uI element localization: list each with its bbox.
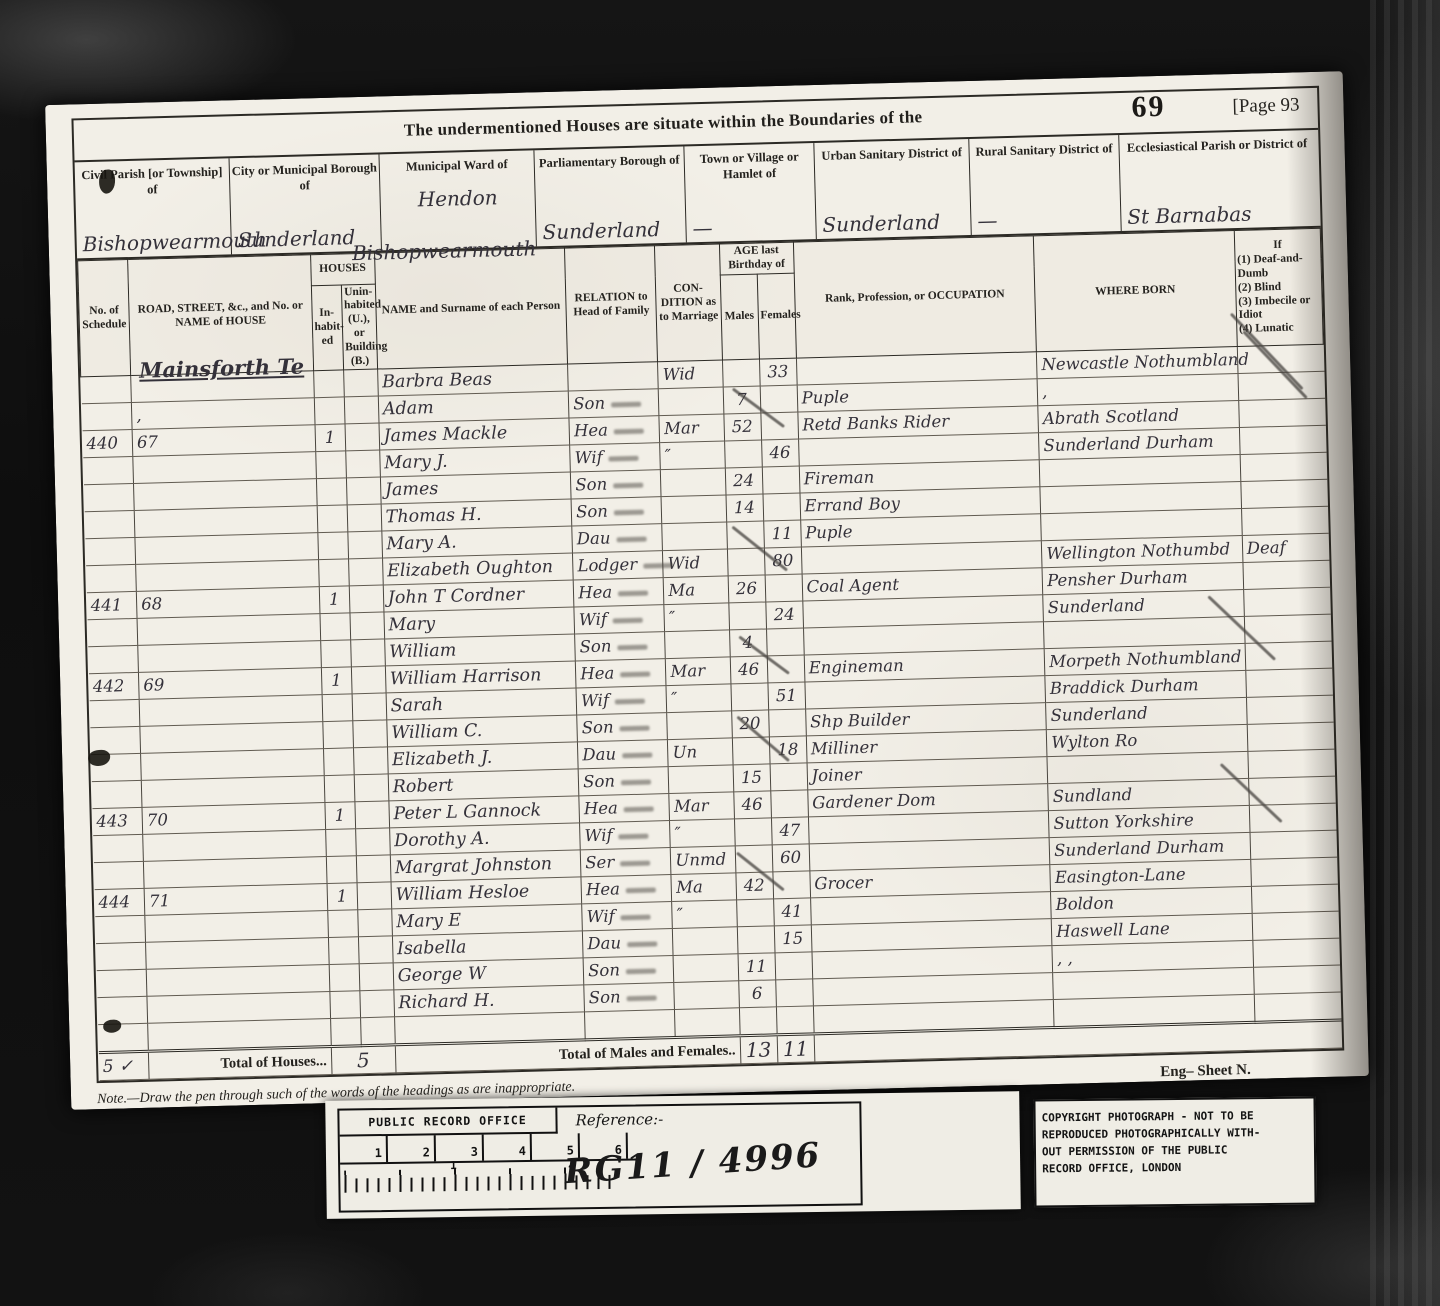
cell-relation: Hea	[573, 578, 664, 607]
cell-uninhabited	[345, 423, 380, 451]
handwritten-relation: Son	[583, 772, 615, 792]
handwritten-relation: Son	[579, 637, 611, 657]
handwritten-name: Elizabeth Oughton	[387, 557, 553, 581]
handwritten-condition: ″	[669, 608, 676, 627]
handwritten-relation: Son	[581, 718, 613, 738]
handwritten-born: Sundland	[1052, 785, 1132, 806]
handwritten-road: 71	[149, 892, 170, 912]
geo-value-handwritten: Hendon	[380, 184, 535, 212]
cell-relation: Hea	[569, 416, 660, 445]
handwritten-relation: Wif	[584, 826, 613, 846]
cell-uninhabited	[359, 963, 394, 991]
cell-inhabited	[316, 478, 347, 506]
cell-uninhabited	[350, 639, 385, 667]
page-number: [Page 93	[1232, 94, 1300, 118]
handwritten-condition: Mar	[664, 419, 699, 439]
handwritten-male: 14	[734, 498, 755, 518]
geo-col-6: Rural Sanitary District of—	[969, 135, 1121, 235]
handwritten-name: William C.	[391, 721, 482, 743]
handwritten-born: Pensher Durham	[1047, 568, 1188, 591]
cell-male	[722, 359, 760, 387]
cell-male	[735, 845, 773, 873]
handwritten-born: Sunderland Durham	[1054, 837, 1225, 860]
ink-smudge	[627, 996, 657, 1002]
cell-remarks	[1240, 453, 1327, 482]
cell-inhabited	[318, 559, 349, 587]
cell-remarks	[1247, 723, 1334, 752]
handwritten-born: Newcastle Nothumbland	[1041, 350, 1249, 374]
handwritten-relation: Wif	[579, 610, 608, 630]
total-houses-label: Total of Houses...	[148, 1047, 331, 1080]
handwritten-road: 67	[137, 433, 158, 453]
handwritten-schedule: 444	[98, 893, 130, 913]
handwritten-relation: Wif	[581, 691, 610, 711]
cell-uninhabited	[349, 585, 384, 613]
handwritten-road: 68	[141, 595, 162, 615]
cell-male	[737, 926, 775, 954]
handwritten-relation: Wif	[574, 448, 603, 468]
cell-male: 46	[733, 791, 771, 819]
geo-label: Rural Sanitary District of	[969, 135, 1119, 161]
infirmity-header-line: (1) Deaf-and-Dumb	[1237, 252, 1319, 282]
ink-smudge	[615, 699, 645, 705]
geo-label: Urban Sanitary District of	[814, 139, 969, 165]
geo-col-3: Parliamentary Borough ofSunderland	[534, 146, 686, 246]
handwritten-name: Margrat Johnston	[395, 855, 553, 879]
handwritten-occupation: Puple	[801, 388, 849, 408]
geo-label: Town or Village or Hamlet of	[684, 143, 814, 184]
handwritten-occupation: Grocer	[814, 873, 872, 894]
cell-female	[768, 709, 806, 737]
cell-relation: Son	[571, 470, 662, 499]
cell-condition	[675, 1008, 740, 1038]
ink-smudge	[620, 726, 650, 732]
handwritten-female: 15	[782, 929, 803, 949]
handwritten-relation: Hea	[586, 880, 620, 900]
geo-col-2: Municipal Ward ofHendonBishopwearmouth	[379, 150, 536, 250]
cell-relation: Hea	[575, 659, 666, 688]
handwritten-born: Abrath Scotland	[1043, 406, 1180, 429]
geo-col-1: City or Municipal Borough ofSunderland	[230, 154, 382, 254]
geo-value-handwritten: Sunderland	[822, 210, 940, 237]
cell-female	[762, 466, 800, 494]
cell-uninhabited	[345, 450, 380, 478]
cell-remarks	[1238, 372, 1325, 401]
handwritten-relation: Hea	[584, 799, 618, 819]
cell-female	[763, 493, 801, 521]
handwritten-name: Robert	[392, 776, 453, 798]
handwritten-relation: Ser	[585, 853, 614, 873]
cell-uninhabited	[350, 612, 385, 640]
handwritten-name: James	[385, 479, 439, 500]
handwritten-relation: Hea	[574, 421, 608, 441]
folio-number: 69	[1131, 90, 1166, 125]
geo-col-0: Civil Parish [or Township] ofBishopwearm…	[75, 158, 232, 258]
handwritten-female: 24	[774, 605, 795, 625]
cell-inhabited	[328, 937, 359, 965]
ink-smudge	[621, 915, 651, 921]
cell-male	[736, 899, 774, 927]
cell-relation: Wif	[580, 821, 671, 850]
cell-female: 24	[765, 601, 803, 629]
handwritten-road: ,	[136, 406, 142, 425]
cell-remarks	[1241, 507, 1328, 536]
handwritten-male: 15	[741, 768, 762, 788]
cell-female: 41	[773, 898, 811, 926]
cell-female	[770, 763, 808, 791]
handwritten-name: William Harrison	[390, 666, 542, 690]
handwritten-born: Wellington Nothumbd	[1046, 540, 1230, 564]
cell-relation: Dau	[572, 524, 663, 553]
handwritten-inhabited: 1	[336, 887, 347, 906]
handwritten-inhabited: 1	[331, 671, 342, 690]
cell-schedule	[84, 484, 135, 512]
cell-male	[724, 440, 762, 468]
cell-male: 7	[723, 386, 761, 414]
scale-cell: 3	[436, 1135, 484, 1162]
ink-smudge	[619, 834, 649, 840]
cell-female: 11	[763, 520, 801, 548]
handwritten-inhabited: 1	[329, 590, 340, 609]
cell-inhabited	[323, 748, 354, 776]
handwritten-condition: ″	[665, 446, 672, 465]
handwritten-occupation: Gardener Dom	[812, 790, 936, 812]
cell-remarks	[1250, 857, 1337, 886]
cell-female	[765, 574, 803, 602]
handwritten-road: 69	[143, 676, 164, 696]
cell-uninhabited	[352, 720, 387, 748]
cell-condition: Wid	[658, 360, 723, 389]
cell-condition: ″	[664, 603, 729, 632]
census-table: No. of Schedule ROAD, STREET, &c., and N…	[77, 228, 1342, 1082]
cell-relation: Hea	[581, 875, 672, 904]
cell-uninhabited	[358, 936, 393, 964]
cell-condition: Mar	[669, 792, 734, 821]
cell-uninhabited	[360, 1017, 395, 1046]
handwritten-relation: Hea	[580, 664, 614, 684]
cell-female: 46	[761, 439, 799, 467]
cell-inhabited	[325, 829, 356, 857]
cell-uninhabited	[348, 558, 383, 586]
handwritten-born: Sutton Yorkshire	[1053, 811, 1194, 834]
handwritten-name: William Hesloe	[395, 882, 529, 905]
cell-relation: Wif	[574, 605, 665, 634]
col-males: Males	[720, 274, 759, 361]
handwritten-remarks: Deaf	[1247, 538, 1286, 558]
cell-condition	[674, 981, 739, 1010]
cell-uninhabited	[347, 531, 382, 559]
cell-male: 46	[730, 656, 768, 684]
handwritten-male: 11	[746, 957, 767, 977]
cell-relation: Son	[583, 956, 674, 985]
cell-male: 26	[728, 575, 766, 603]
cell-inhabited: 1	[324, 802, 355, 830]
handwritten-name: Sarah	[390, 695, 443, 716]
geo-label: Civil Parish [or Township] of	[75, 158, 230, 199]
cell-remarks	[1239, 426, 1326, 455]
handwritten-born: Sunderland Durham	[1043, 432, 1214, 455]
copyright-text: COPYRIGHT PHOTOGRAPH - NOT TO BEREPRODUC…	[1035, 1099, 1314, 1186]
geo-label: Ecclesiastical Parish or District of	[1119, 130, 1314, 157]
cell-female	[760, 385, 798, 413]
ink-smudge	[627, 942, 657, 948]
col-name: NAME and Surname of each Person	[374, 248, 567, 369]
handwritten-born: Easington-Lane	[1055, 865, 1186, 887]
total-houses-value: 5	[331, 1045, 396, 1075]
cell-relation: Wif	[576, 686, 667, 715]
handwritten-relation: Son	[576, 502, 608, 522]
cell-schedule	[88, 646, 139, 674]
cell-schedule	[96, 943, 147, 971]
cell-condition: ″	[666, 684, 731, 713]
cell-inhabited	[326, 856, 357, 884]
handwritten-male: 46	[741, 795, 762, 815]
handwritten-female: 11	[771, 524, 792, 544]
cell-remarks	[1253, 965, 1340, 994]
cell-condition	[661, 495, 726, 524]
cell-female	[766, 628, 804, 656]
cell-condition	[668, 765, 733, 794]
ink-smudge	[620, 672, 650, 678]
geo-value-handwritten: Sunderland	[237, 225, 355, 252]
cell-schedule	[86, 565, 137, 593]
handwritten-born: Wylton Ro	[1051, 731, 1137, 752]
cell-male: 6	[738, 980, 776, 1008]
cell-female: 60	[772, 844, 810, 872]
cell-male: 15	[733, 764, 771, 792]
cell-condition	[659, 387, 724, 416]
cell-schedule	[91, 781, 142, 809]
cell-uninhabited	[356, 855, 391, 883]
cell-male	[727, 548, 765, 576]
col-females: Females	[757, 273, 796, 360]
cell-inhabited: 1	[327, 883, 358, 911]
handwritten-male: 6	[752, 984, 763, 1003]
cell-relation: Son	[571, 497, 662, 526]
handwritten-relation: Dau	[577, 529, 611, 549]
handwritten-schedule: 442	[93, 677, 125, 697]
cell-condition: Mar	[659, 414, 724, 443]
cell-remarks	[1253, 938, 1340, 967]
cell-male: 20	[731, 710, 769, 738]
cell-female	[770, 790, 808, 818]
pro-office-label: PUBLIC RECORD OFFICE	[339, 1108, 557, 1137]
cell-condition	[661, 468, 726, 497]
cell-female	[775, 979, 813, 1007]
geo-label: Municipal Ward of	[379, 150, 534, 176]
cell-remarks	[1250, 830, 1337, 859]
handwritten-name: Mary A.	[386, 533, 457, 555]
cell-female: 80	[764, 547, 802, 575]
handwritten-female: 51	[776, 686, 797, 706]
cell-condition: ″	[660, 441, 725, 470]
cell-inhabited	[322, 694, 353, 722]
total-females-value: 11	[777, 1034, 815, 1063]
handwritten-condition: Unmd	[675, 850, 726, 870]
col-inhabited: In-habit-ed	[311, 285, 343, 372]
handwritten-male: 52	[732, 417, 753, 437]
cell-remarks	[1238, 399, 1325, 428]
handwritten-born: Morpeth Nothumbland	[1049, 647, 1242, 671]
col-occupation: Rank, Profession, or OCCUPATION	[793, 236, 1037, 359]
cell-remarks	[1244, 615, 1331, 644]
handwritten-relation: Dau	[587, 934, 621, 954]
handwritten-condition: Mar	[674, 796, 709, 816]
cell-inhabited	[329, 991, 360, 1019]
handwritten-condition: Wid	[662, 365, 695, 385]
cell-relation: Wif	[582, 902, 673, 931]
ink-smudge	[626, 888, 656, 894]
geo-value-handwritten: St Barnabas	[1127, 202, 1252, 229]
cell-uninhabited	[351, 666, 386, 694]
geo-value-handwritten: —	[977, 208, 998, 233]
cell-remarks	[1246, 696, 1333, 725]
handwritten-born: , ,	[1057, 949, 1073, 968]
handwritten-occupation: Puple	[805, 523, 853, 543]
cell-schedule	[93, 862, 144, 890]
cell-inhabited	[317, 532, 348, 560]
cell-female: 47	[771, 817, 809, 845]
handwritten-relation: Hea	[578, 583, 612, 603]
cell-condition	[673, 954, 738, 983]
handwritten-name: Mary E	[396, 911, 461, 933]
cell-relation: Ser	[580, 848, 671, 877]
handwritten-female: 18	[777, 740, 798, 760]
cell-schedule: 443	[92, 808, 143, 836]
ink-smudge	[611, 402, 641, 408]
infirmity-header-line: (3) Imbecile or Idiot	[1238, 293, 1320, 323]
handwritten-condition: Un	[672, 743, 697, 763]
handwritten-inhabited: 1	[324, 428, 335, 447]
sheet-label: Eng– Sheet N.	[1160, 1062, 1251, 1081]
handwritten-name: Elizabeth J.	[392, 748, 493, 771]
handwritten-name: George W	[397, 964, 486, 986]
handwritten-name: Mary J.	[384, 452, 448, 474]
handwritten-name: Isabella	[397, 938, 467, 960]
scale-cell: 4	[484, 1134, 532, 1161]
ink-smudge	[643, 563, 673, 569]
col-relation: RELATION to Head of Family	[565, 246, 658, 365]
handwritten-female: 33	[767, 362, 788, 382]
geo-label: City or Municipal Borough of	[230, 154, 380, 195]
cell-relation: Son	[584, 983, 675, 1012]
census-form: The undermentioned Houses are situate wi…	[71, 86, 1344, 1084]
cell-male	[739, 1007, 777, 1036]
col-age-group: AGE last Birthday of	[719, 242, 794, 275]
geo-value-handwritten: Bishopwearmouth	[352, 236, 537, 265]
cell-inhabited	[313, 370, 344, 398]
handwritten-relation: Lodger	[577, 555, 637, 576]
cell-male	[730, 683, 768, 711]
cell-condition: ″	[672, 900, 737, 929]
cell-uninhabited	[346, 477, 381, 505]
handwritten-relation: Son	[573, 394, 605, 414]
cell-uninhabited	[355, 828, 390, 856]
ink-smudge	[626, 969, 656, 975]
cell-schedule: 441	[86, 592, 137, 620]
handwritten-name: Mary	[388, 615, 435, 636]
ink-smudge	[618, 591, 648, 597]
handwritten-name: Dorothy A.	[394, 829, 490, 851]
page-title: The undermentioned Houses are situate wi…	[404, 107, 923, 141]
cell-relation: Hea	[579, 794, 670, 823]
cell-condition: Un	[668, 738, 733, 767]
cell-remarks	[1248, 750, 1335, 779]
handwritten-born: Braddick Durham	[1050, 676, 1199, 699]
cell-relation: Dau	[583, 929, 674, 958]
cell-remarks	[1245, 669, 1332, 698]
col-road: ROAD, STREET, &c., and No. or NAME of HO…	[128, 255, 313, 376]
cell-female	[776, 1006, 814, 1035]
cell-inhabited	[327, 910, 358, 938]
handwritten-born: Boldon	[1055, 894, 1114, 915]
cell-condition: Ma	[664, 576, 729, 605]
cell-remarks: Deaf	[1242, 534, 1329, 563]
handwritten-condition: ″	[671, 689, 678, 708]
handwritten-condition: ″	[677, 905, 684, 924]
col-condition: CON-DITION as to Marriage	[655, 244, 722, 362]
cell-female: 51	[768, 682, 806, 710]
ink-smudge	[614, 429, 644, 435]
handwritten-occupation: Engineman	[808, 656, 903, 677]
cell-schedule	[81, 376, 132, 404]
handwritten-condition: Mar	[670, 661, 705, 681]
geo-col-5: Urban Sanitary District ofSunderland	[814, 139, 971, 239]
handwritten-born: ,	[1042, 382, 1048, 401]
reference-label: Reference:-	[575, 1110, 663, 1129]
scale-cell: 2	[388, 1135, 436, 1162]
cell-condition	[665, 630, 730, 659]
cell-schedule	[81, 403, 132, 431]
handwritten-name: Thomas H.	[385, 505, 481, 528]
handwritten-male: 46	[738, 660, 759, 680]
cell-uninhabited	[344, 396, 379, 424]
col-schedule: No. of Schedule	[78, 260, 131, 378]
cell-male	[728, 602, 766, 630]
handwritten-name: John T Cordner	[388, 585, 525, 609]
handwritten-schedule: 441	[90, 596, 122, 616]
cell-inhabited	[317, 505, 348, 533]
cell-relation	[568, 362, 659, 391]
cell-male: 14	[726, 494, 764, 522]
handwritten-male: 42	[744, 876, 765, 896]
cell-male: 52	[723, 413, 761, 441]
table-body: Barbra BeasWid33Newcastle Nothumbland,Ad…	[81, 345, 1341, 1053]
handwritten-condition: Ma	[668, 581, 695, 601]
handwritten-name: William	[389, 641, 457, 663]
cell-uninhabited	[354, 774, 389, 802]
handwritten-relation: Son	[575, 475, 607, 495]
copyright-card: COPYRIGHT PHOTOGRAPH - NOT TO BEREPRODUC…	[1033, 1097, 1316, 1208]
handwritten-born: Sunderland	[1048, 596, 1146, 618]
cell-schedule: 442	[88, 673, 139, 701]
cell-condition: Mar	[666, 657, 731, 686]
scanned-census-photograph: The undermentioned Houses are situate wi…	[0, 0, 1440, 1306]
handwritten-relation: Dau	[582, 745, 616, 765]
cell-schedule	[96, 970, 147, 998]
total-males-value: 13	[740, 1035, 778, 1064]
cell-schedule: 440	[82, 430, 133, 458]
cell-inhabited	[330, 1018, 361, 1047]
geo-col-4: Town or Village or Hamlet of—	[684, 143, 816, 242]
book-spine-shadow	[1370, 0, 1440, 1306]
cell-inhabited	[320, 613, 351, 641]
cell-uninhabited	[355, 801, 390, 829]
cell-inhabited: 1	[319, 586, 350, 614]
handwritten-name: James Mackle	[383, 424, 507, 447]
handwritten-occupation: Errand Boy	[804, 494, 900, 515]
cell-relation: Son	[575, 632, 666, 661]
